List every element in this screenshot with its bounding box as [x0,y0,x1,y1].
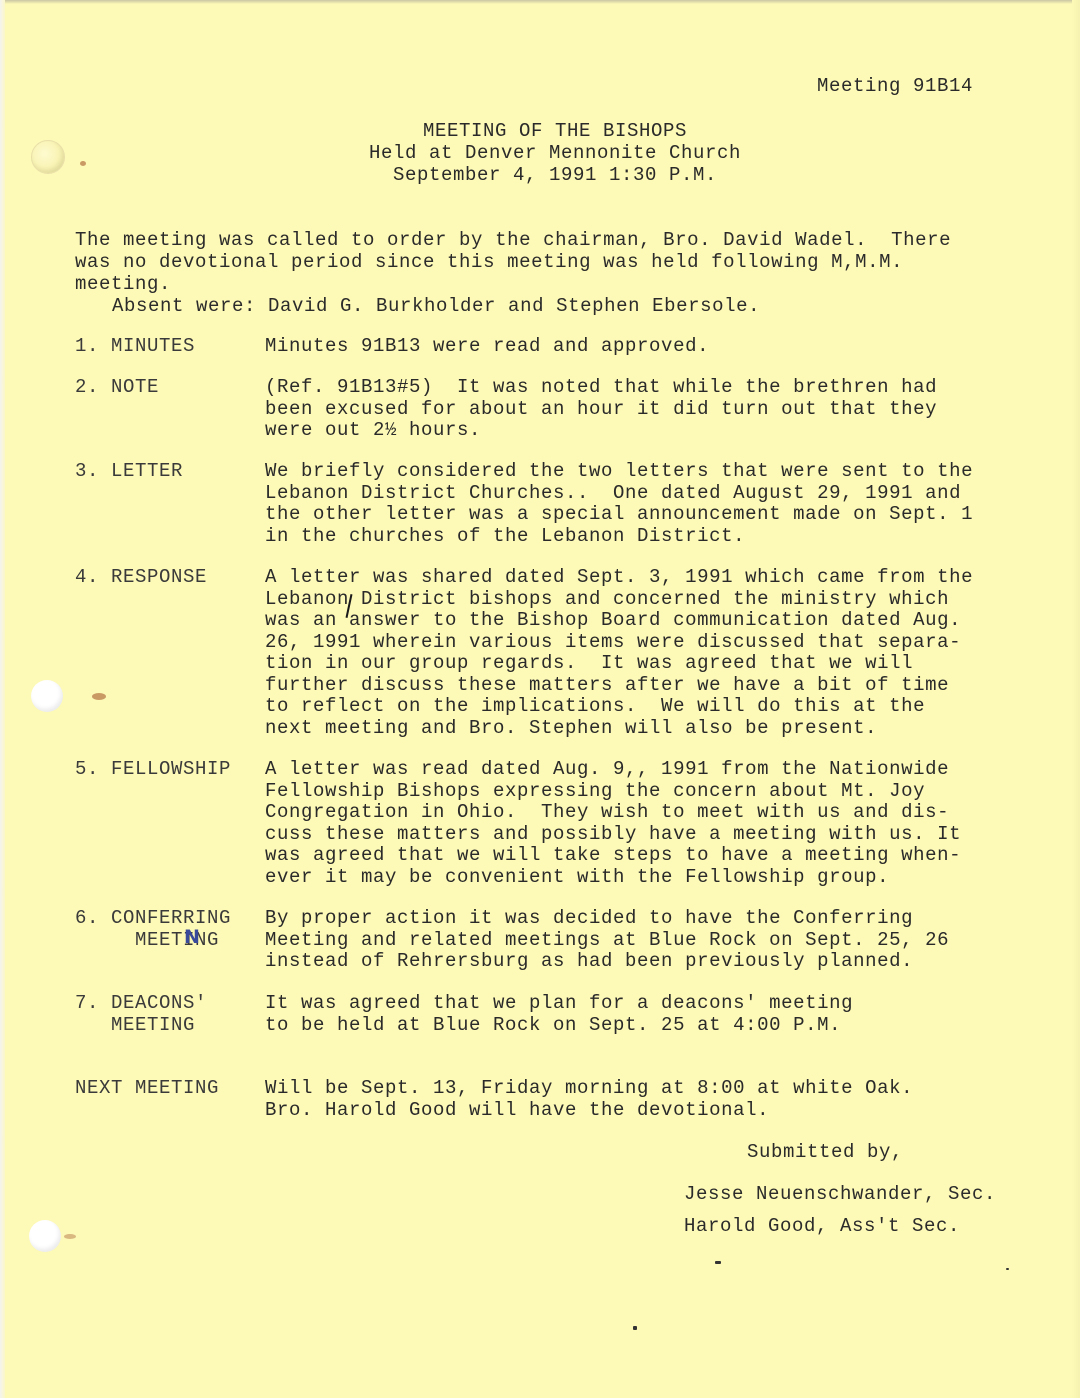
agenda-item-response: 4. RESPONSE A letter was shared dated Se… [75,567,1015,739]
page-right-edge [1072,0,1080,1398]
punch-hole-middle [31,680,63,712]
item-label: 3. LETTER [75,461,265,547]
page-left-edge [0,0,5,1398]
item-body: It was agreed that we plan for a deacons… [265,993,853,1036]
stain-mark [64,1234,76,1239]
item-label: 2. NOTE [75,377,265,442]
item-body: Will be Sept. 13, Friday morning at 8:00… [265,1078,913,1121]
item-body: Minutes 91B13 were read and approved. [265,336,709,358]
agenda-item-deacons-meeting: 7. DEACONS' MEETING It was agreed that w… [75,993,1015,1036]
item-label: NEXT MEETING [75,1078,265,1121]
item-label: 6. CONFERRING MEETING [75,908,265,973]
item-label: 7. DEACONS' MEETING [75,993,265,1036]
meeting-number: Meeting 91B14 [817,76,973,98]
item-body: A letter was read dated Aug. 9,, 1991 fr… [265,759,961,888]
meeting-datetime: September 4, 1991 1:30 P.M. [0,164,1080,186]
document-title: MEETING OF THE BISHOPS [0,120,1080,142]
agenda-item-fellowship: 5. FELLOWSHIP A letter was read dated Au… [75,759,1015,888]
intro-line: was no devotional period since this meet… [75,251,1015,273]
item-label: 5. FELLOWSHIP [75,759,265,888]
assistant-secretary-name: Harold Good, Ass't Sec. [684,1215,960,1237]
ink-speck [633,1326,637,1330]
punch-hole-bottom [29,1220,61,1252]
item-body: A letter was shared dated Sept. 3, 1991 … [265,567,973,739]
intro-line: meeting. [75,273,1015,295]
agenda-item-conferring-meeting: 6. CONFERRING MEETING By proper action i… [75,908,1015,973]
handwritten-correction: N [184,926,200,948]
agenda-item-note: 2. NOTE (Ref. 91B13#5) It was noted that… [75,377,1015,442]
intro-paragraph: The meeting was called to order by the c… [75,229,1015,317]
agenda-item-next-meeting: NEXT MEETING Will be Sept. 13, Friday mo… [75,1078,1015,1121]
absent-members: Absent were: David G. Burkholder and Ste… [75,295,1015,317]
intro-line: The meeting was called to order by the c… [75,229,1015,251]
page-top-edge [0,0,1080,4]
ink-speck [715,1261,721,1264]
item-label: 1. MINUTES [75,336,265,358]
ink-speck [1006,1268,1009,1270]
item-label: 4. RESPONSE [75,567,265,739]
secretary-name: Jesse Neuenschwander, Sec. [684,1183,996,1205]
agenda-item-letter: 3. LETTER We briefly considered the two … [75,461,1015,547]
meeting-location: Held at Denver Mennonite Church [0,142,1080,164]
agenda-item-minutes: 1. MINUTES Minutes 91B13 were read and a… [75,336,1015,358]
item-body: By proper action it was decided to have … [265,908,949,973]
item-body: We briefly considered the two letters th… [265,461,973,547]
document-page: Meeting 91B14 MEETING OF THE BISHOPS Hel… [0,0,1080,1398]
document-header: MEETING OF THE BISHOPS Held at Denver Me… [0,120,1080,186]
submitted-by-label: Submitted by, [747,1141,903,1163]
item-body: (Ref. 91B13#5) It was noted that while t… [265,377,937,442]
